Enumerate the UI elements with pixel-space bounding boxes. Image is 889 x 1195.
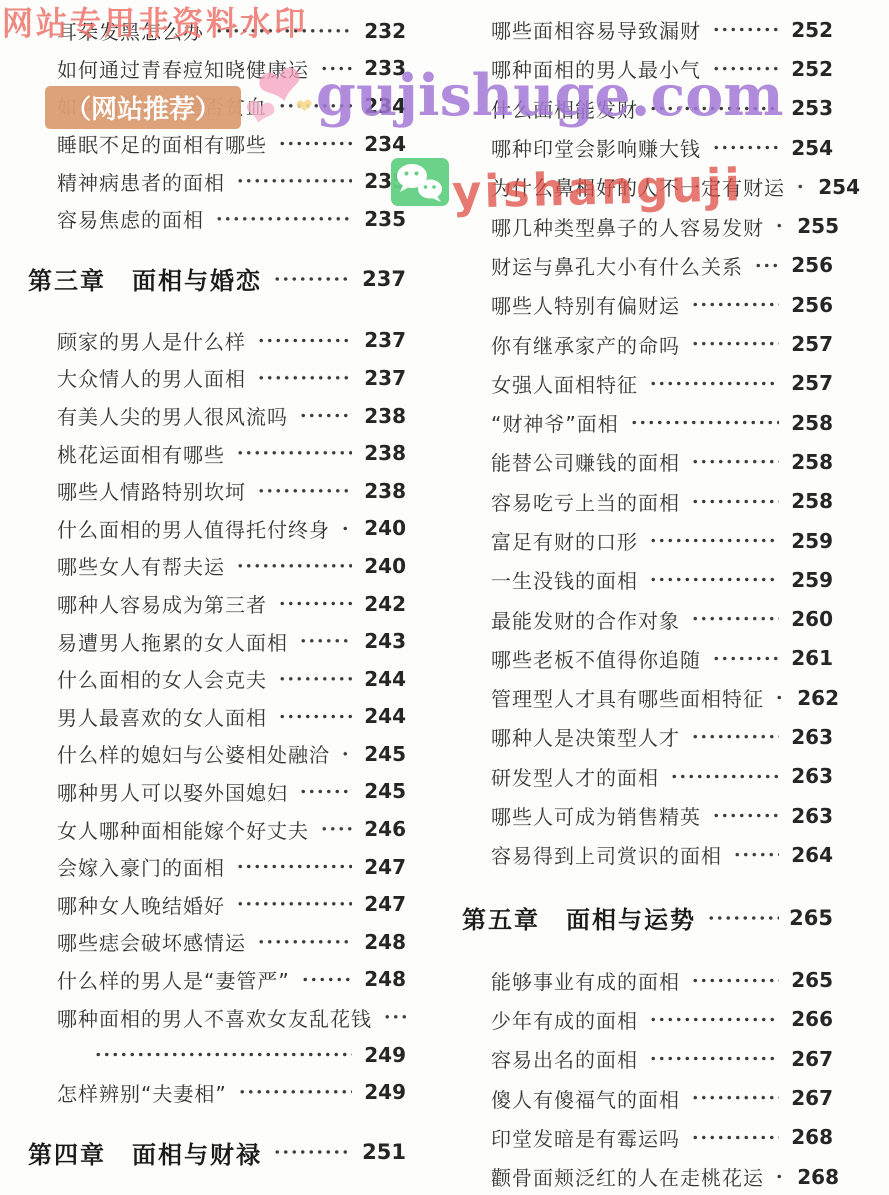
toc-entry-title: 一生没钱的面相 <box>491 565 638 594</box>
dot-leader <box>710 796 779 835</box>
dot-leader <box>276 698 352 736</box>
dot-leader <box>234 547 352 585</box>
toc-entry-row: 容易吃亏上当的面相258 <box>462 482 833 521</box>
toc-page-number: 235 <box>362 169 406 193</box>
dot-leader <box>647 560 779 599</box>
toc-page-number: 240 <box>362 554 406 578</box>
toc-entry-title: 少年有成的面相 <box>491 1005 638 1034</box>
toc-entry-title: 最能发财的合作对象 <box>491 605 680 634</box>
chapter-title: 第四章 面相与财禄 <box>28 1135 262 1170</box>
toc-entry-title: 颧骨面颊泛红的人在走桃花运 <box>491 1162 764 1191</box>
dot-leader <box>234 848 352 886</box>
dot-leader <box>276 585 352 623</box>
toc-entry-row: 研发型人才的面相263 <box>462 757 833 796</box>
toc-page-number: 257 <box>789 332 833 356</box>
dot-leader <box>255 359 352 397</box>
dot-leader <box>689 1118 779 1157</box>
toc-entry-title: 什么面相的女人会克夫 <box>57 664 267 693</box>
toc-entry-row: 如何判断自己是否贫血234 <box>28 87 406 125</box>
toc-entry-title: 哪种人容易成为第三者 <box>57 589 267 618</box>
toc-entry-title: 哪种面相的男人最小气 <box>491 54 701 83</box>
dot-leader <box>255 322 352 360</box>
toc-page-number: 245 <box>362 742 406 766</box>
dot-leader <box>794 167 806 206</box>
toc-entry-row: 容易得到上司赏识的面相264 <box>462 835 833 874</box>
dot-leader <box>689 1078 779 1117</box>
toc-right-column: 哪些面相容易导致漏财252哪种面相的男人最小气252什么面相能发财253哪种印堂… <box>462 10 833 1195</box>
dot-leader <box>710 128 779 167</box>
toc-entry-title: 哪些女人有帮夫运 <box>57 551 225 580</box>
toc-entry-title: 女人哪种面相能嫁个好丈夫 <box>57 815 309 844</box>
toc-entry-title: 精神病患者的面相 <box>57 167 225 196</box>
dot-leader <box>276 660 352 698</box>
toc-entry-title: 能替公司赚钱的面相 <box>491 447 680 476</box>
toc-entry-title: 哪种男人可以娶外国媳妇 <box>57 777 288 806</box>
dot-leader <box>234 162 352 200</box>
toc-page-number: 249 <box>362 1043 406 1067</box>
toc-entry-title: 哪些老板不值得你追随 <box>491 644 701 673</box>
toc-entry-row: 怎样辨别“夫妻相”249 <box>28 1073 406 1111</box>
dot-leader <box>381 998 406 1036</box>
toc-page-number: 258 <box>789 411 833 435</box>
dot-leader <box>647 1000 779 1039</box>
dot-leader <box>276 87 352 125</box>
dot-leader <box>255 472 352 510</box>
toc-entry-row: 哪种人容易成为第三者242 <box>28 585 406 623</box>
toc-page-number: 232 <box>362 19 406 43</box>
toc-entry-row: 男人最喜欢的女人面相244 <box>28 698 406 736</box>
toc-entry-title: 什么面相的男人值得托付终身 <box>57 514 330 543</box>
dot-leader <box>773 1157 785 1195</box>
toc-entry-title: 耳朵发黑怎么办 <box>57 16 204 45</box>
toc-page-number: 262 <box>795 686 839 710</box>
toc-page-number: 237 <box>362 366 406 390</box>
dot-leader <box>710 10 779 49</box>
toc-entry-row: 哪几种类型鼻子的人容易发财255 <box>462 206 833 245</box>
toc-entry-row: 管理型人才具有哪些面相特征262 <box>462 678 833 717</box>
toc-entry-title: 哪几种类型鼻子的人容易发财 <box>491 212 764 241</box>
toc-entry-title: 桃花运面相有哪些 <box>57 439 225 468</box>
dot-leader <box>647 521 779 560</box>
toc-entry-title: 睡眠不足的面相有哪些 <box>57 129 267 158</box>
toc-page-number: 234 <box>362 132 406 156</box>
toc-chapter-row: 第三章 面相与婚恋237 <box>28 259 406 299</box>
toc-page-number: 256 <box>789 293 833 317</box>
toc-entry-title: 哪种面相的男人不喜欢女友乱花钱 <box>57 1003 372 1032</box>
toc-page-number: 243 <box>362 629 406 653</box>
toc-page-number: 237 <box>362 328 406 352</box>
toc-entry-row: 富足有财的口形259 <box>462 521 833 560</box>
toc-entry-row: 有美人尖的男人很风流吗238 <box>28 397 406 435</box>
toc-entry-title: 哪种印堂会影响赚大钱 <box>491 133 701 162</box>
toc-page-number: 267 <box>789 1086 833 1110</box>
toc-entry-row: 大众情人的男人面相237 <box>28 359 406 397</box>
toc-entry-row: 顾家的男人是什么样237 <box>28 322 406 360</box>
toc-entry-row: 能够事业有成的面相265 <box>462 961 833 1000</box>
toc-page-number: 256 <box>789 253 833 277</box>
dot-leader <box>705 897 779 939</box>
dot-leader <box>276 125 352 163</box>
toc-page-number: 261 <box>789 646 833 670</box>
toc-page-number: 247 <box>362 892 406 916</box>
toc-page-number: 260 <box>789 607 833 631</box>
toc-entry-title: 你有继承家产的命吗 <box>491 330 680 359</box>
toc-entry-row: 耳朵发黑怎么办232 <box>28 12 406 50</box>
toc-entry-title: 什么面相能发财 <box>491 94 638 123</box>
dot-leader <box>689 482 779 521</box>
toc-page-number: 249 <box>362 1080 406 1104</box>
dot-leader <box>255 923 352 961</box>
toc-page-number: 244 <box>362 667 406 691</box>
dot-leader <box>689 285 779 324</box>
toc-page-number: 266 <box>789 1007 833 1031</box>
toc-entry-title: 如何通过青春痘知晓健康运 <box>57 54 309 83</box>
toc-page-number: 242 <box>362 592 406 616</box>
toc-page-number: 238 <box>362 441 406 465</box>
toc-page-number: 245 <box>362 779 406 803</box>
dot-leader <box>318 50 352 88</box>
toc-entry-title: 会嫁入豪门的面相 <box>57 852 225 881</box>
toc-entry-title: 富足有财的口形 <box>491 526 638 555</box>
toc-page-number: 259 <box>789 568 833 592</box>
toc-entry-title: 有美人尖的男人很风流吗 <box>57 401 288 430</box>
dot-leader <box>668 757 779 796</box>
toc-entry-title: 容易得到上司赏识的面相 <box>491 840 722 869</box>
toc-entry-title: 为什么鼻相好的人不一定有财运 <box>491 172 785 201</box>
dot-leader <box>236 1073 352 1111</box>
toc-entry-title: 哪些人情路特别坎坷 <box>57 476 246 505</box>
toc-entry-row: 桃花运面相有哪些238 <box>28 434 406 472</box>
dot-leader <box>710 49 779 88</box>
toc-page-number: 258 <box>789 489 833 513</box>
toc-page-number: 259 <box>789 529 833 553</box>
toc-entry-row: 什么面相能发财253 <box>462 89 833 128</box>
toc-page-number: 234 <box>362 94 406 118</box>
toc-entry-title: 能够事业有成的面相 <box>491 966 680 995</box>
dot-leader <box>213 200 352 238</box>
dot-leader <box>710 639 779 678</box>
toc-entry-row: 哪些女人有帮夫运240 <box>28 547 406 585</box>
dot-leader <box>773 206 785 245</box>
toc-entry-title: 哪些面相容易导致漏财 <box>491 15 701 44</box>
toc-entry-title: 容易焦虑的面相 <box>57 204 204 233</box>
toc-entry-title: 大众情人的男人面相 <box>57 363 246 392</box>
toc-page-number: 247 <box>362 855 406 879</box>
toc-page: 耳朵发黑怎么办232如何通过青春痘知晓健康运233如何判断自己是否贫血234睡眠… <box>0 0 889 1195</box>
toc-entry-title: 怎样辨别“夫妻相” <box>57 1078 227 1107</box>
chapter-title: 第五章 面相与运势 <box>462 900 696 935</box>
toc-entry-row: 女人哪种面相能嫁个好丈夫246 <box>28 810 406 848</box>
chapter-title: 第三章 面相与婚恋 <box>28 261 262 296</box>
toc-page-number: 248 <box>362 930 406 954</box>
toc-entry-row: 249 <box>28 1036 406 1074</box>
toc-page-number: 268 <box>789 1125 833 1149</box>
toc-page-number: 267 <box>789 1047 833 1071</box>
dot-leader <box>647 364 779 403</box>
toc-page-number: 254 <box>789 136 833 160</box>
dot-leader <box>689 442 779 481</box>
dot-leader <box>628 403 779 442</box>
toc-entry-title: 哪些人特别有偏财运 <box>491 290 680 319</box>
dot-leader <box>234 434 352 472</box>
toc-entry-row: 易遭男人拖累的女人面相243 <box>28 622 406 660</box>
toc-entry-row: 会嫁入豪门的面相247 <box>28 848 406 886</box>
toc-page-number: 255 <box>795 214 839 238</box>
toc-page-number: 233 <box>362 56 406 80</box>
toc-entry-row: 什么面相的男人值得托付终身240 <box>28 510 406 548</box>
toc-page-number: 264 <box>789 843 833 867</box>
dot-leader <box>297 622 352 660</box>
toc-entry-row: 印堂发暗是有霉运吗268 <box>462 1118 833 1157</box>
toc-chapter-row: 第五章 面相与运势265 <box>462 897 833 939</box>
toc-entry-row: 能替公司赚钱的面相258 <box>462 442 833 481</box>
dot-leader <box>234 885 352 923</box>
dot-leader <box>689 324 779 363</box>
toc-page-number: 251 <box>362 1140 406 1164</box>
toc-entry-row: 最能发财的合作对象260 <box>462 599 833 638</box>
toc-entry-row: 少年有成的面相266 <box>462 1000 833 1039</box>
toc-entry-row: 哪种面相的男人最小气252 <box>462 49 833 88</box>
dot-leader <box>297 773 352 811</box>
toc-page-number: 237 <box>362 267 406 291</box>
toc-page-number: 268 <box>795 1165 839 1189</box>
toc-entry-title: 女强人面相特征 <box>491 369 638 398</box>
dot-leader <box>213 12 352 50</box>
toc-entry-row: 颧骨面颊泛红的人在走桃花运268 <box>462 1157 833 1195</box>
toc-entry-row: 哪种男人可以娶外国媳妇245 <box>28 773 406 811</box>
toc-entry-row: 哪些人情路特别坎坷238 <box>28 472 406 510</box>
dot-leader <box>271 1132 352 1172</box>
toc-entry-title: 什么样的男人是“妻管严” <box>57 965 290 994</box>
toc-entry-title: 什么样的媳妇与公婆相处融洽 <box>57 739 330 768</box>
toc-left-column: 耳朵发黑怎么办232如何通过青春痘知晓健康运233如何判断自己是否贫血234睡眠… <box>28 12 406 1195</box>
toc-entry-title: 傻人有傻福气的面相 <box>491 1084 680 1113</box>
dot-leader <box>339 735 352 773</box>
toc-entry-row: 傻人有傻福气的面相267 <box>462 1078 833 1117</box>
toc-entry-title: 研发型人才的面相 <box>491 762 659 791</box>
toc-entry-row: 为什么鼻相好的人不一定有财运254 <box>462 167 833 206</box>
toc-page-number: 238 <box>362 479 406 503</box>
toc-entry-title: 哪些痣会破坏感情运 <box>57 927 246 956</box>
toc-entry-row: 什么样的媳妇与公婆相处融洽245 <box>28 735 406 773</box>
toc-entry-row: 你有继承家产的命吗257 <box>462 324 833 363</box>
toc-entry-title: 男人最喜欢的女人面相 <box>57 702 267 731</box>
dot-leader <box>752 246 779 285</box>
toc-page-number: 235 <box>362 207 406 231</box>
toc-entry-row: 什么样的男人是“妻管严”248 <box>28 961 406 999</box>
dot-leader <box>339 510 352 548</box>
toc-entry-row: 哪些人可成为销售精英263 <box>462 796 833 835</box>
toc-entry-title: 哪种人是决策型人才 <box>491 722 680 751</box>
toc-page-number: 238 <box>362 404 406 428</box>
toc-page-number: 265 <box>789 906 833 930</box>
toc-entry-title: 如何判断自己是否贫血 <box>57 91 267 120</box>
toc-entry-title: 管理型人才具有哪些面相特征 <box>491 683 764 712</box>
toc-page-number: 263 <box>789 725 833 749</box>
toc-entry-row: 一生没钱的面相259 <box>462 560 833 599</box>
dot-leader <box>271 259 352 299</box>
dot-leader <box>299 961 352 999</box>
dot-leader <box>297 397 352 435</box>
toc-entry-row: 容易焦虑的面相235 <box>28 200 406 238</box>
toc-page-number: 257 <box>789 371 833 395</box>
dot-leader <box>689 961 779 1000</box>
dot-leader <box>647 89 779 128</box>
toc-entry-row: 精神病患者的面相235 <box>28 162 406 200</box>
toc-entry-row: 哪种面相的男人不喜欢女友乱花钱 <box>28 998 406 1036</box>
toc-page-number: 252 <box>789 18 833 42</box>
toc-entry-row: 哪种印堂会影响赚大钱254 <box>462 128 833 167</box>
toc-entry-row: 什么面相的女人会克夫244 <box>28 660 406 698</box>
toc-entry-row: 哪些老板不值得你追随261 <box>462 639 833 678</box>
toc-entry-row: 女强人面相特征257 <box>462 364 833 403</box>
toc-entry-title: 易遭男人拖累的女人面相 <box>57 627 288 656</box>
toc-page-number: 258 <box>789 450 833 474</box>
toc-page-number: 253 <box>789 96 833 120</box>
toc-page-number: 244 <box>362 704 406 728</box>
dot-leader <box>689 599 779 638</box>
toc-entry-title: “财神爷”面相 <box>491 408 619 437</box>
toc-entry-title: 印堂发暗是有霉运吗 <box>491 1123 680 1152</box>
toc-entry-title: 容易出名的面相 <box>491 1044 638 1073</box>
toc-entry-title: 财运与鼻孔大小有什么关系 <box>491 251 743 280</box>
dot-leader <box>92 1036 352 1074</box>
toc-page-number: 263 <box>789 804 833 828</box>
toc-entry-title: 哪种女人晚结婚好 <box>57 890 225 919</box>
toc-page-number: 265 <box>789 968 833 992</box>
toc-entry-row: “财神爷”面相258 <box>462 403 833 442</box>
toc-page-number: 254 <box>816 175 860 199</box>
toc-page-number: 263 <box>789 764 833 788</box>
dot-leader <box>318 810 352 848</box>
toc-entry-title: 哪些人可成为销售精英 <box>491 801 701 830</box>
toc-page-number: 248 <box>362 967 406 991</box>
toc-entry-row: 哪些面相容易导致漏财252 <box>462 10 833 49</box>
toc-entry-row: 财运与鼻孔大小有什么关系256 <box>462 246 833 285</box>
dot-leader <box>773 678 785 717</box>
toc-entry-row: 哪种人是决策型人才263 <box>462 717 833 756</box>
toc-page-number: 252 <box>789 57 833 81</box>
toc-entry-row: 哪些人特别有偏财运256 <box>462 285 833 324</box>
toc-entry-row: 容易出名的面相267 <box>462 1039 833 1078</box>
toc-entry-title: 顾家的男人是什么样 <box>57 326 246 355</box>
toc-entry-title: 容易吃亏上当的面相 <box>491 487 680 516</box>
dot-leader <box>731 835 779 874</box>
toc-chapter-row: 第四章 面相与财禄251 <box>28 1132 406 1172</box>
dot-leader <box>647 1039 779 1078</box>
toc-entry-row: 哪种女人晚结婚好247 <box>28 885 406 923</box>
toc-page-number: 240 <box>362 516 406 540</box>
toc-entry-row: 哪些痣会破坏感情运248 <box>28 923 406 961</box>
toc-entry-row: 如何通过青春痘知晓健康运233 <box>28 50 406 88</box>
toc-entry-row: 睡眠不足的面相有哪些234 <box>28 125 406 163</box>
dot-leader <box>689 717 779 756</box>
toc-page-number: 246 <box>362 817 406 841</box>
